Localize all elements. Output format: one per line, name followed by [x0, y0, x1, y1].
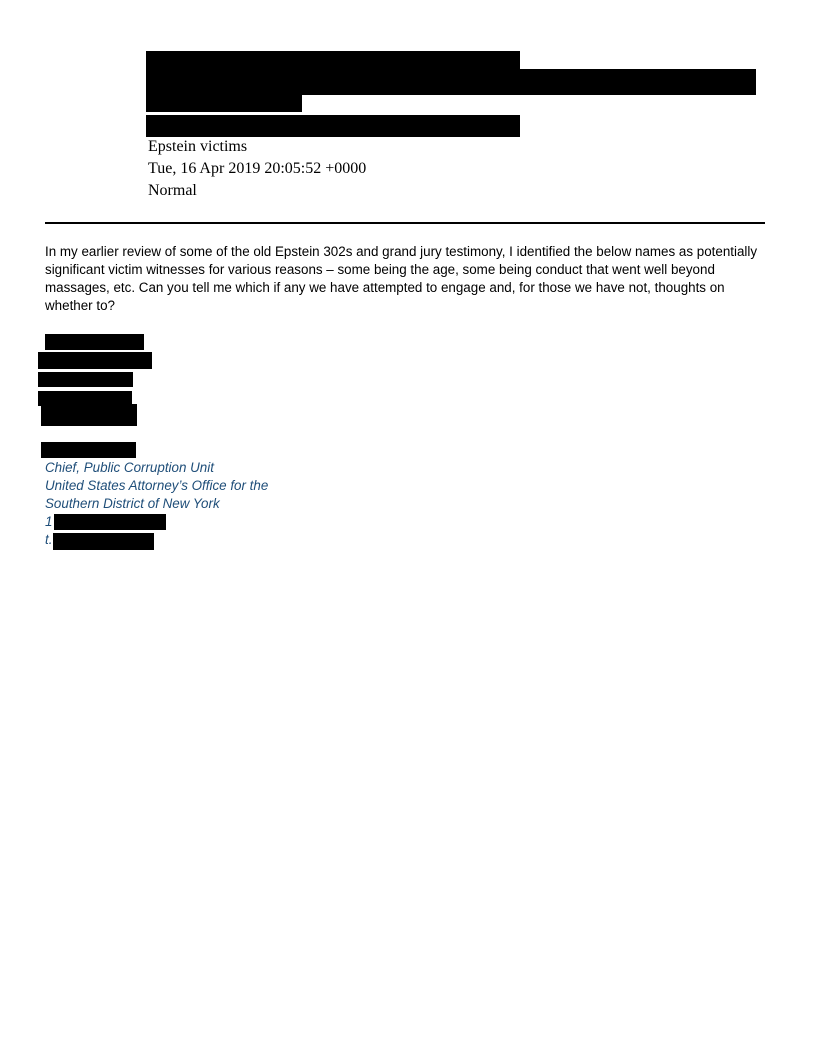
redacted-to-cont: [146, 95, 302, 112]
header-date-value: Tue, 16 Apr 2019 20:05:52 +0000: [148, 159, 366, 179]
redacted-name: [38, 372, 133, 387]
redacted-name: [41, 404, 137, 426]
redacted-cc: [146, 115, 520, 137]
signature-office-line2: Southern District of New York: [45, 495, 220, 513]
signature-address-prefix: 1: [45, 513, 52, 531]
redacted-to: [146, 69, 756, 95]
email-body-paragraph: In my earlier review of some of the old …: [45, 243, 775, 315]
header-divider: [45, 222, 765, 224]
redacted-name: [38, 352, 152, 369]
redacted-signature-name: [41, 442, 136, 458]
header-subject-value: Epstein victims: [148, 137, 247, 157]
redacted-address: [54, 514, 166, 530]
signature-office-line1: United States Attorney’s Office for the: [45, 477, 268, 495]
signature-title: Chief, Public Corruption Unit: [45, 459, 214, 477]
signature-phone-prefix: t.: [45, 531, 52, 549]
redacted-phone: [53, 533, 154, 550]
redacted-from: [146, 51, 520, 70]
header-importance-value: Normal: [148, 181, 197, 201]
redacted-name: [45, 334, 144, 350]
